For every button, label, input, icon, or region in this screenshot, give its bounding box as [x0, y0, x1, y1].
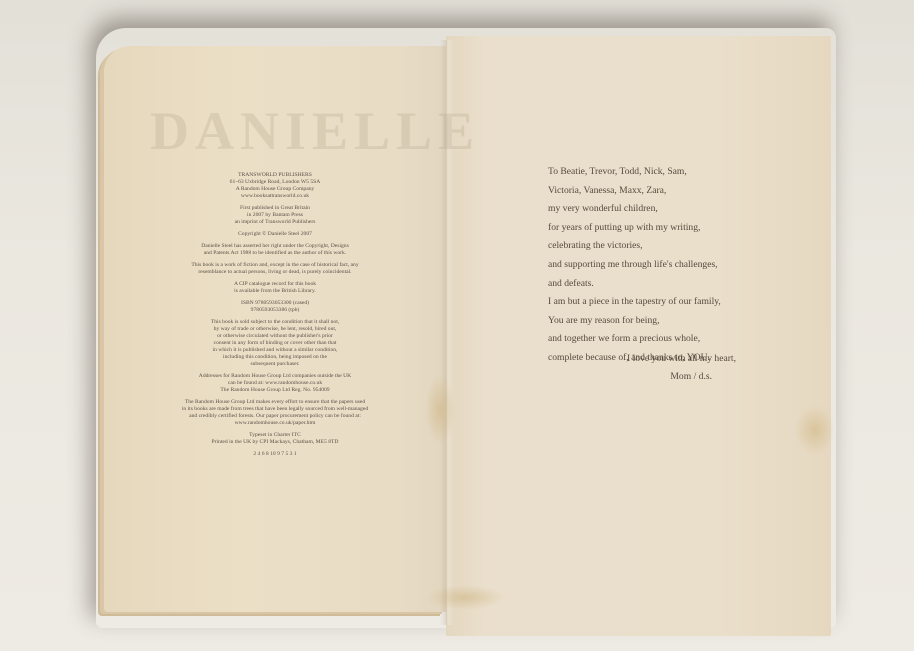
copyright-imprint: TRANSWORLD PUBLISHERS 61–63 Uxbridge Roa… — [160, 172, 390, 463]
dedication: To Beatie, Trevor, Todd, Nick, Sam, Vict… — [548, 163, 778, 368]
dedication-line: I am but a piece in the tapestry of our … — [548, 293, 778, 312]
dedication-line: and supporting me through life's challen… — [548, 256, 778, 275]
copyright-line: Copyright © Danielle Steel 2007 — [160, 231, 390, 238]
dedication-signoff: I love you with all my heart, Mom / d.s. — [548, 350, 736, 386]
page-stain — [425, 585, 505, 610]
cip-block: A CIP catalogue record for this book is … — [160, 281, 390, 295]
fiction-notice-block: This book is a work of fiction and, exce… — [160, 262, 390, 276]
page-stain — [795, 405, 835, 455]
dedication-line: and together we form a precious whole, — [548, 330, 778, 349]
dedication-line: for years of putting up with my writing, — [548, 219, 778, 238]
closing-line: I love you with all my heart, — [548, 350, 736, 368]
dedication-line: To Beatie, Trevor, Todd, Nick, Sam, — [548, 163, 778, 182]
page-stain — [425, 375, 455, 445]
moral-rights-block: Danielle Steel has asserted her right un… — [160, 243, 390, 257]
sale-conditions-block: This book is sold subject to the conditi… — [160, 319, 390, 368]
signature: Mom / d.s. — [548, 368, 736, 386]
first-published-block: First published in Great Britain in 2007… — [160, 205, 390, 226]
addresses-block: Addresses for Random House Group Ltd com… — [160, 373, 390, 394]
isbn-block: ISBN 9780593053300 (cased) 9780593053386… — [160, 300, 390, 314]
dedication-line: and defeats. — [548, 275, 778, 294]
dedication-line: You are my reason for being, — [548, 312, 778, 331]
show-through-title: DANIELLE — [150, 100, 400, 162]
dedication-line: my very wonderful children, — [548, 200, 778, 219]
dedication-line: celebrating the victories, — [548, 237, 778, 256]
print-line: 2 4 6 8 10 9 7 5 3 1 — [160, 451, 390, 458]
paper-policy-block: The Random House Group Ltd makes every e… — [160, 399, 390, 427]
typeset-block: Typeset in Charter ITC Printed in the UK… — [160, 432, 390, 446]
publisher-block: TRANSWORLD PUBLISHERS 61–63 Uxbridge Roa… — [160, 172, 390, 200]
dedication-line: Victoria, Vanessa, Maxx, Zara, — [548, 182, 778, 201]
